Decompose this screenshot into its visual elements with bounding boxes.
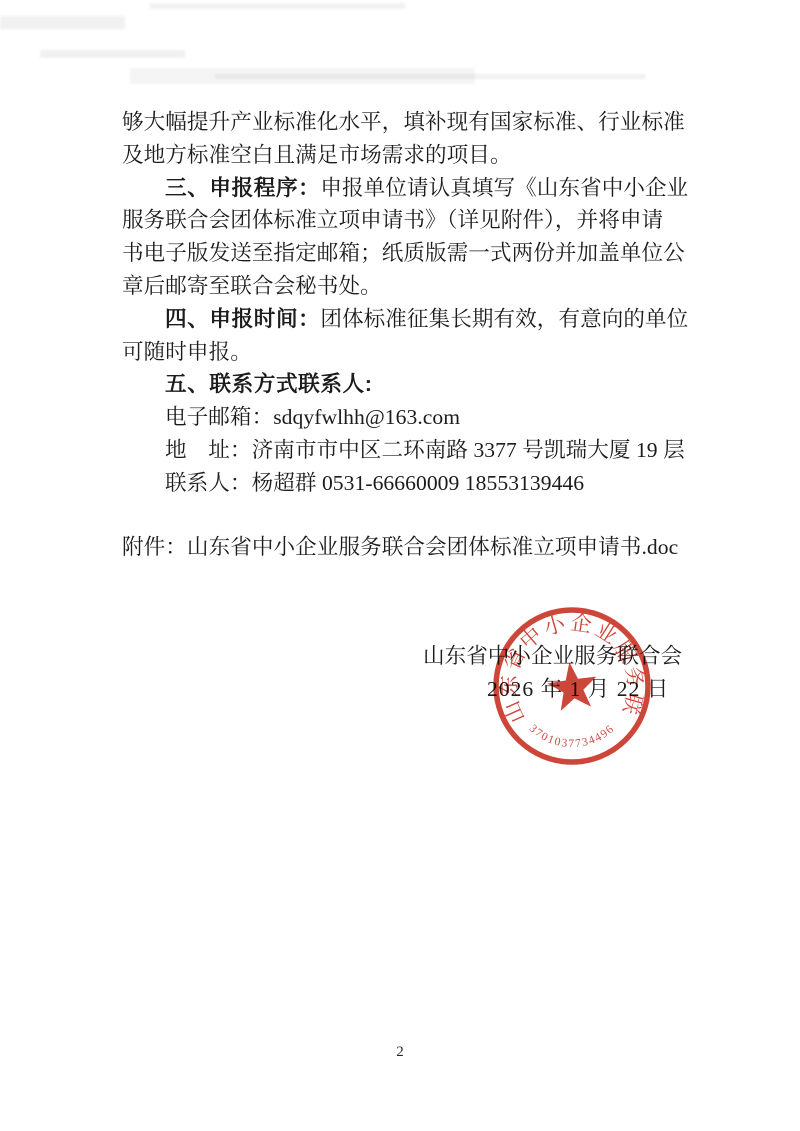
body-text: 够大幅提升产业标准化水平，填补现有国家标准、行业标准	[122, 110, 685, 134]
body-text: 服务联合会团体标准立项申请书》（详见附件），并将申请	[122, 208, 663, 232]
official-seal: 山东省中小企业服务联合会 3701037734496	[485, 599, 659, 773]
scan-artifact	[0, 16, 125, 29]
attachment-text: 附件：山东省中小企业服务联合会团体标准立项申请书.doc	[122, 535, 678, 559]
contact-person-line: 联系人：杨超群 0531-66660009 18553139446	[122, 467, 688, 500]
seal-arc-text: 山东省中小企业服务联合会	[485, 599, 648, 726]
body-text: 申报单位请认真填写《山东省中小企业	[320, 176, 688, 200]
section-heading: 五、联系方式联系人:	[165, 371, 373, 396]
document-body: 够大幅提升产业标准化水平，填补现有国家标准、行业标准 及地方标准空白且满足市场需…	[122, 106, 688, 563]
body-line: 三、申报程序：申报单位请认真填写《山东省中小企业	[122, 172, 688, 205]
body-text: 地 址：济南市市中区二环南路 3377 号凯瑞大厦 19 层	[165, 438, 685, 462]
red-star-icon	[545, 659, 600, 712]
scan-artifact	[40, 50, 185, 58]
svg-text:山东省中小企业服务联合会: 山东省中小企业服务联合会	[485, 599, 648, 726]
body-line: 五、联系方式联系人:	[122, 368, 688, 401]
body-line: 四、申报时间：团体标准征集长期有效，有意向的单位	[122, 303, 688, 336]
body-line: 及地方标准空白且满足市场需求的项目。	[122, 139, 688, 172]
body-text: 及地方标准空白且满足市场需求的项目。	[122, 143, 512, 167]
document-page: 够大幅提升产业标准化水平，填补现有国家标准、行业标准 及地方标准空白且满足市场需…	[0, 0, 800, 1131]
scan-artifact	[215, 74, 645, 79]
body-line: 服务联合会团体标准立项申请书》（详见附件），并将申请	[122, 204, 688, 237]
body-text: 电子邮箱：sdqyfwlhh@163.com	[165, 405, 460, 429]
section-heading: 四、申报时间：	[165, 306, 320, 331]
attachment-line: 附件：山东省中小企业服务联合会团体标准立项申请书.doc	[122, 531, 688, 564]
body-line: 可随时申报。	[122, 336, 688, 369]
body-text: 可随时申报。	[122, 340, 252, 364]
body-line: 够大幅提升产业标准化水平，填补现有国家标准、行业标准	[122, 106, 688, 139]
svg-text:3701037734496: 3701037734496	[527, 722, 617, 750]
body-line: 章后邮寄至联合会秘书处。	[122, 270, 688, 303]
page-number: 2	[380, 1044, 420, 1061]
contact-address-line: 地 址：济南市市中区二环南路 3377 号凯瑞大厦 19 层	[122, 434, 688, 467]
body-text: 联系人：杨超群 0531-66660009 18553139446	[165, 471, 584, 495]
body-line: 书电子版发送至指定邮箱；纸质版需一式两份并加盖单位公	[122, 237, 688, 270]
body-text: 书电子版发送至指定邮箱；纸质版需一式两份并加盖单位公	[122, 241, 685, 265]
body-text: 团体标准征集长期有效，有意向的单位	[320, 307, 688, 331]
contact-email-line: 电子邮箱：sdqyfwlhh@163.com	[122, 401, 688, 434]
body-text: 章后邮寄至联合会秘书处。	[122, 274, 382, 298]
scan-artifact	[150, 3, 405, 9]
section-heading: 三、申报程序：	[165, 175, 320, 200]
seal-code: 3701037734496	[527, 722, 617, 750]
